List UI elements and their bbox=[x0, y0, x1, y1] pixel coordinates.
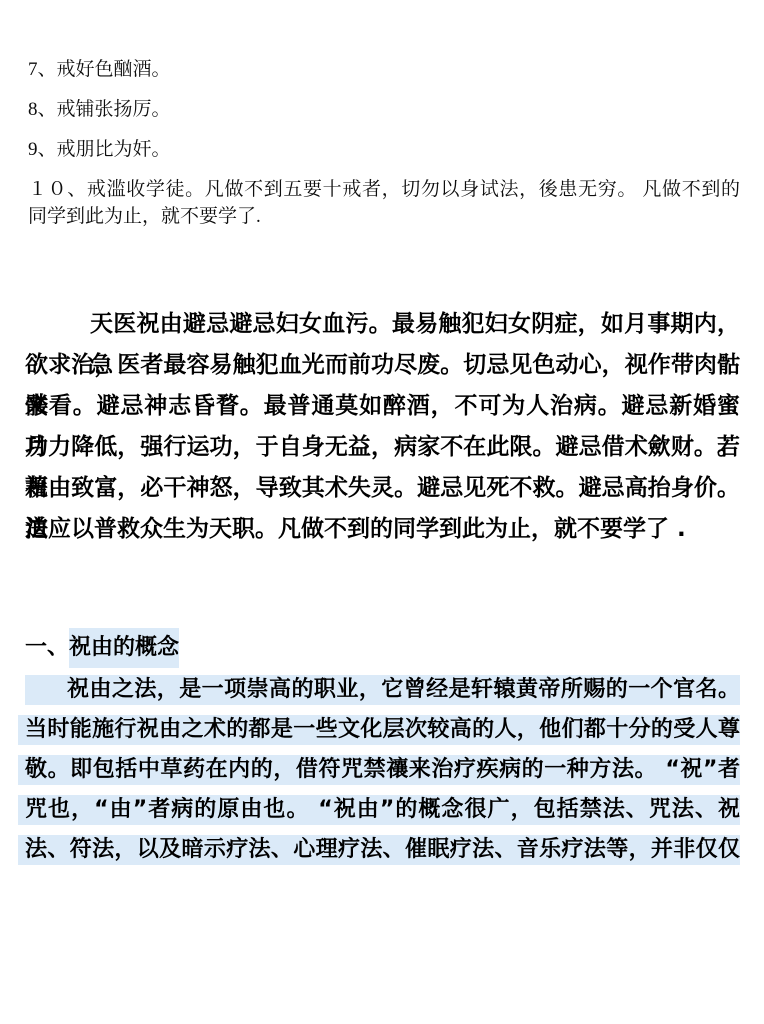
paragraph-line: 法应以普救众生为天职。凡做不到的同学到此为止，就不要学了 . bbox=[25, 509, 740, 550]
highlighted-line: 法、符法，以及暗示疗法、心理疗法、催眠疗法、音乐疗法等，并非仅仅 bbox=[18, 835, 740, 865]
taboo-paragraph: 天医祝由避忌避忌妇女血污。最易触犯妇女阴症，如月事期内，急 欲求治，医者最容易触… bbox=[25, 304, 740, 550]
paragraph-line: 来看。避忌神志昏瞀。最普通莫如醉酒，不可为人治病。避忌新婚蜜月。 bbox=[25, 386, 740, 427]
paragraph-line: 功力降低，强行运功，于自身无益，病家不在此限。避忌借术歛财。若藉 bbox=[25, 427, 740, 468]
list-item-10-line-2: 同学到此为止，就不要学了. bbox=[28, 203, 740, 230]
concept-paragraph: 祝由之法，是一项崇高的职业，它曾经是轩辕黄帝所赐的一个官名。 当时能施行祝由之术… bbox=[25, 675, 740, 875]
list-item-8: 8、戒铺张扬厉。 bbox=[25, 96, 740, 123]
paragraph-line: 祝由致富，必干神怒，导致其术失灵。避忌见死不救。避忌高抬身价。道 bbox=[25, 468, 740, 509]
list-item-10: １０、戒滥收学徒。凡做不到五要十戒者，切勿以身试法，後患无穷。 凡做不到的 同学… bbox=[25, 176, 740, 230]
highlighted-line: 咒也，“由”者病的原由也。 “祝由”的概念很广，包括禁法、咒法、祝 bbox=[18, 795, 740, 825]
list-item-9: 9、戒朋比为奸。 bbox=[25, 136, 740, 163]
document-page: 7、戒好色酗酒。 8、戒铺张扬厉。 9、戒朋比为奸。 １０、戒滥收学徒。凡做不到… bbox=[0, 0, 764, 1024]
heading-number: 一、 bbox=[25, 635, 69, 660]
highlighted-line: 当时能施行祝由之术的都是一些文化层次较高的人，他们都十分的受人尊 bbox=[18, 715, 740, 745]
paragraph-line: 天医祝由避忌避忌妇女血污。最易触犯妇女阴症，如月事期内，急 bbox=[25, 304, 740, 345]
precepts-list: 7、戒好色酗酒。 8、戒铺张扬厉。 9、戒朋比为奸。 １０、戒滥收学徒。凡做不到… bbox=[25, 56, 740, 243]
highlighted-line: 敬。即包括中草药在内的，借符咒禁禳来治疗疾病的一种方法。 “祝”者 bbox=[18, 755, 740, 785]
list-item-10-line-1: １０、戒滥收学徒。凡做不到五要十戒者，切勿以身试法，後患无穷。 凡做不到的 bbox=[28, 176, 740, 203]
paragraph-line: 欲求治，医者最容易触犯血光而前功尽废。切忌见色动心，视作带肉骷髅 bbox=[25, 345, 740, 386]
heading-highlight: 祝由的概念 bbox=[69, 628, 179, 668]
list-item-7: 7、戒好色酗酒。 bbox=[25, 56, 740, 83]
highlighted-line: 祝由之法，是一项崇高的职业，它曾经是轩辕黄帝所赐的一个官名。 bbox=[25, 675, 740, 705]
section-heading: 一、祝由的概念 bbox=[25, 628, 740, 668]
